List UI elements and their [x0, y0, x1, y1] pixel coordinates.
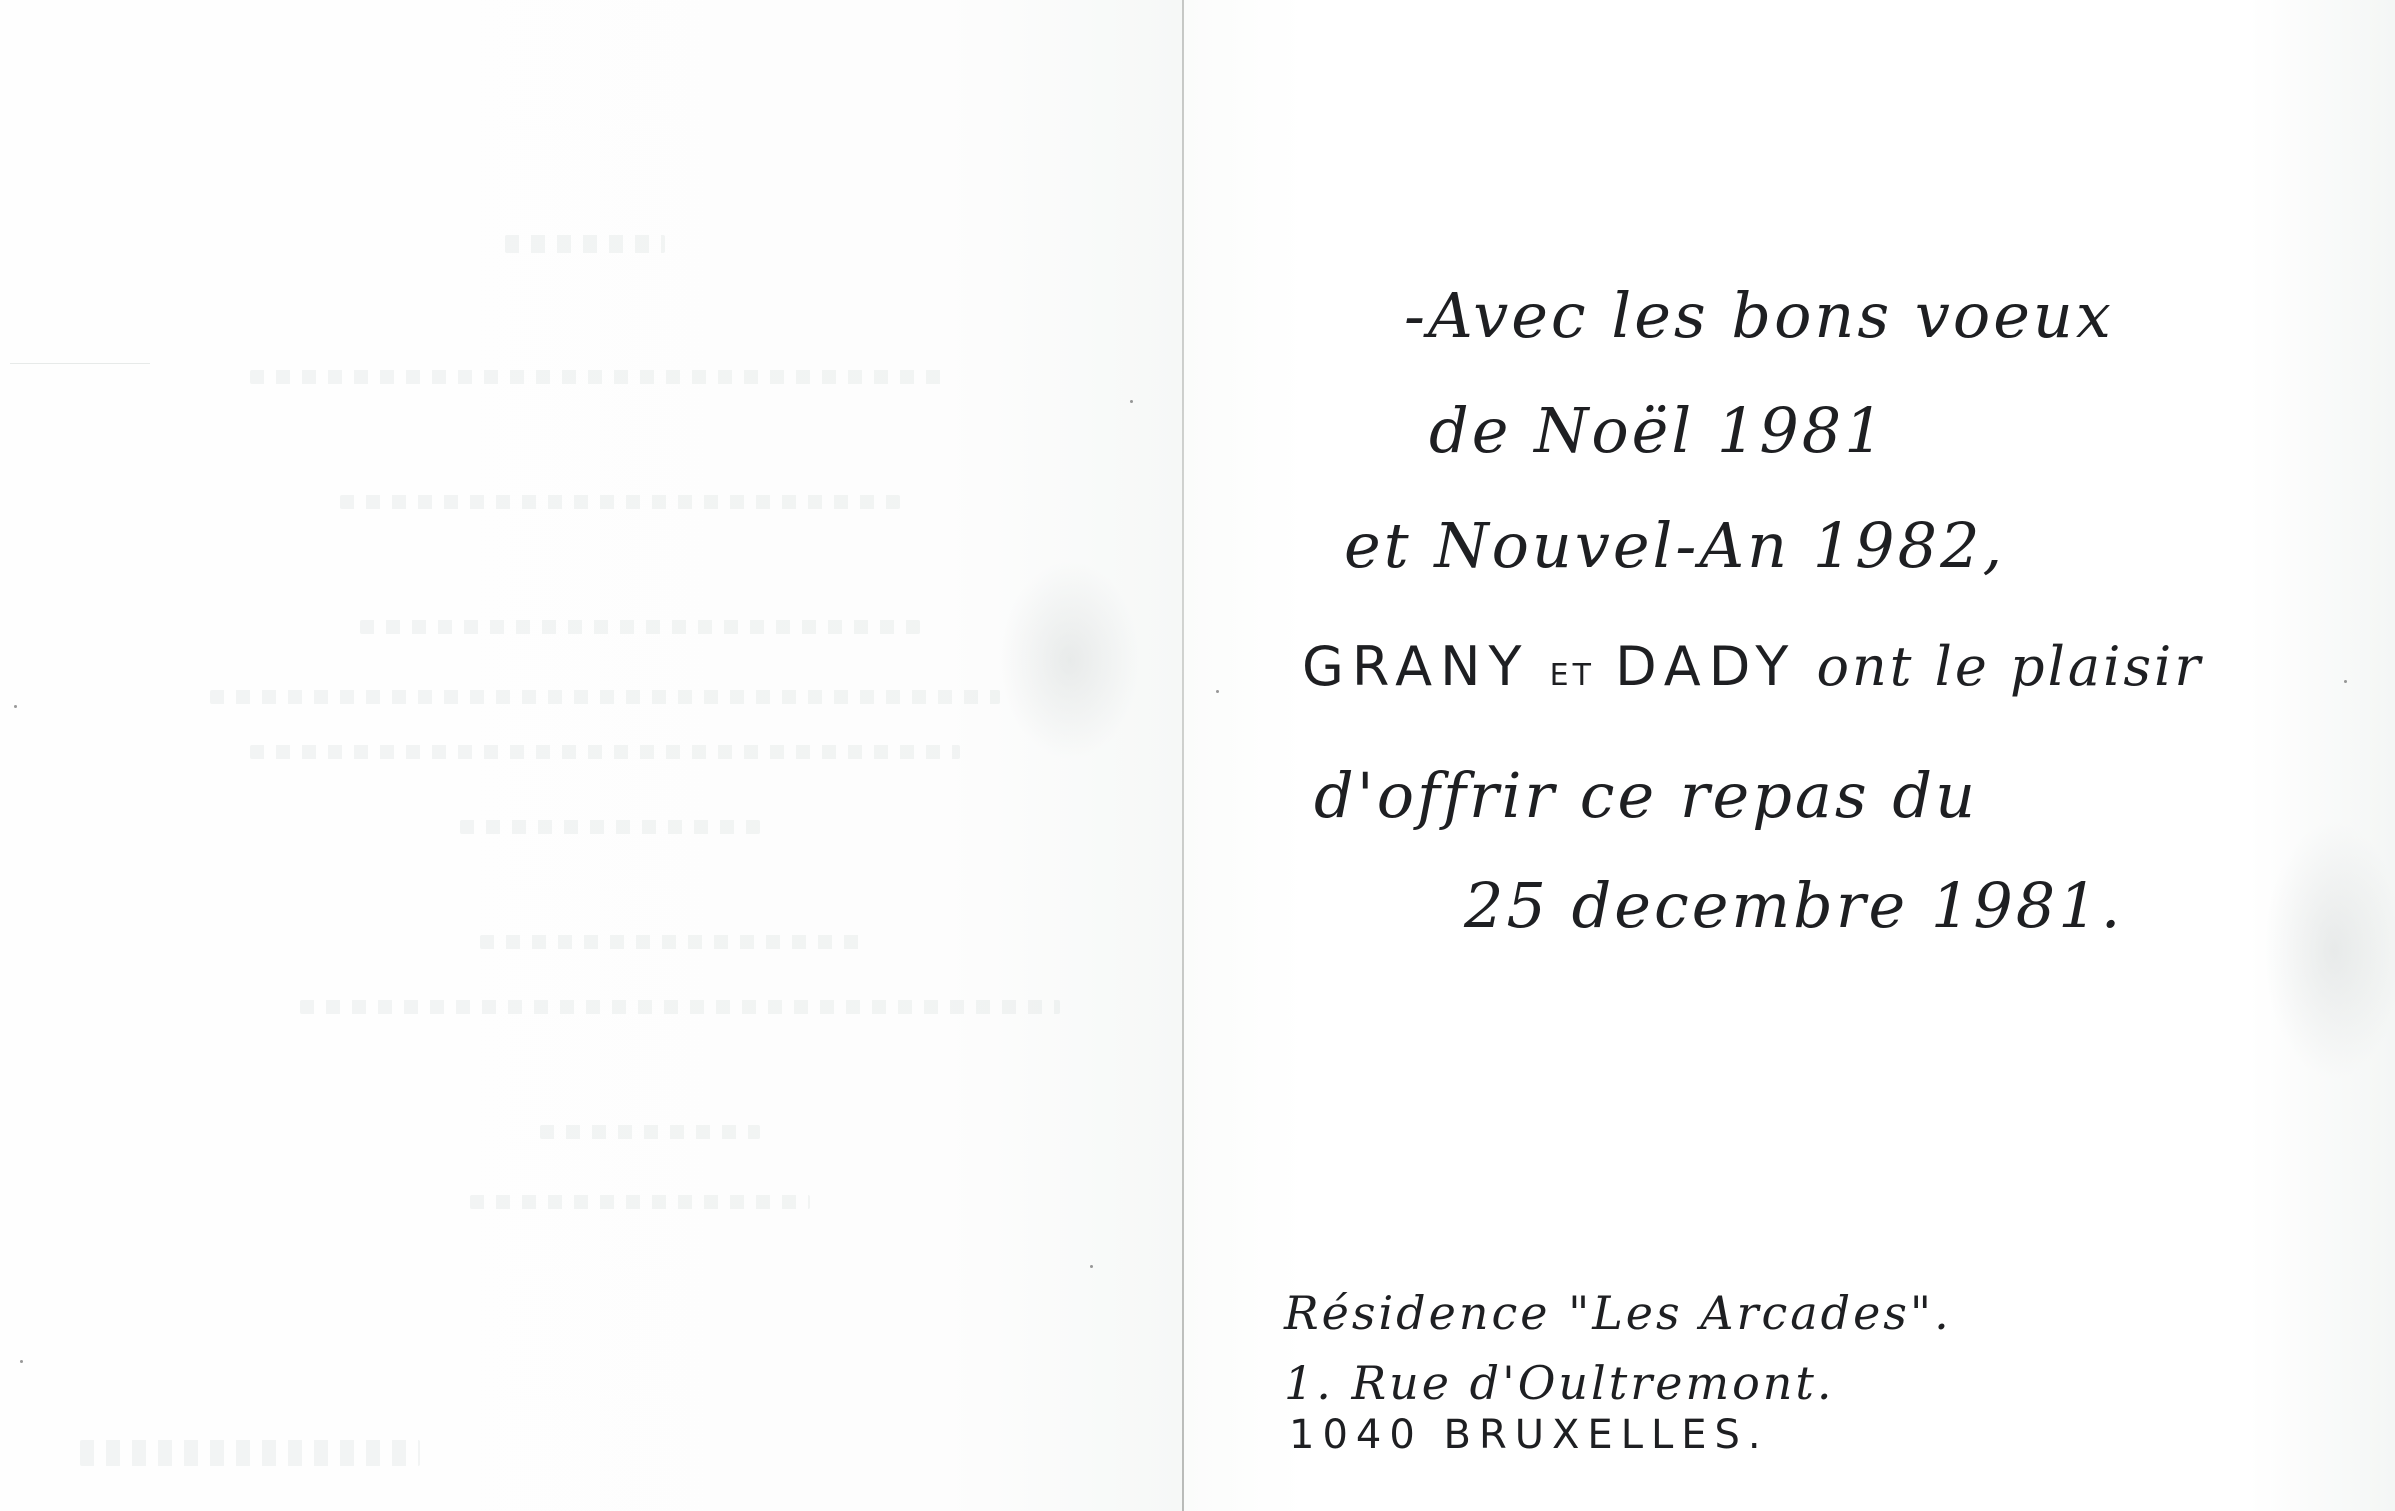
bleed-through-text	[540, 1125, 760, 1139]
bleed-through-text	[470, 1195, 810, 1209]
bleed-through-text	[300, 1000, 1060, 1014]
bleed-through-text	[250, 370, 950, 384]
paper-speck	[1090, 1265, 1093, 1268]
paper-speck	[20, 1360, 23, 1363]
name-grany: GRANY	[1302, 635, 1530, 698]
bleed-through-text	[250, 745, 960, 759]
paper-smudge	[2264, 820, 2395, 1080]
bleed-through-text	[505, 235, 665, 253]
greeting-line-3: et Nouvel-An 1982,	[1344, 515, 2005, 577]
bleed-through-text	[210, 690, 1000, 704]
paper-speck	[1130, 400, 1133, 403]
greeting-line-5: d'offrir ce repas du	[1314, 765, 1978, 827]
address-line-3: 1040 BRUXELLES.	[1289, 1415, 1769, 1455]
greeting-line-6: 25 decembre 1981.	[1464, 875, 2123, 937]
bleed-through-rule	[10, 363, 150, 364]
paper-speck	[1216, 690, 1219, 693]
bleed-through-text	[80, 1440, 420, 1466]
greeting-line-4: GRANY ET DADY ont le plaisir	[1302, 640, 2203, 694]
paper-smudge	[1000, 560, 1140, 760]
address-line-1: Résidence "Les Arcades".	[1284, 1290, 1952, 1336]
name-dady: DADY	[1615, 635, 1796, 698]
bleed-through-text	[480, 935, 860, 949]
bleed-through-text	[460, 820, 760, 834]
paper-speck	[14, 705, 17, 708]
address-line-2: 1. Rue d'Oultremont.	[1284, 1360, 1835, 1406]
greeting-line-2: de Noël 1981	[1429, 400, 1887, 462]
greeting-line-4-rest: ont le plaisir	[1816, 635, 2203, 698]
right-page: -Avec les bons voeux de Noël 1981 et Nou…	[1184, 0, 2395, 1511]
bleed-through-text	[360, 620, 920, 634]
word-et: ET	[1550, 658, 1595, 693]
scanned-card: -Avec les bons voeux de Noël 1981 et Nou…	[0, 0, 2395, 1511]
greeting-line-1: -Avec les bons voeux	[1404, 285, 2114, 347]
left-page	[0, 0, 1183, 1511]
paper-speck	[2344, 680, 2347, 683]
bleed-through-text	[340, 495, 900, 509]
